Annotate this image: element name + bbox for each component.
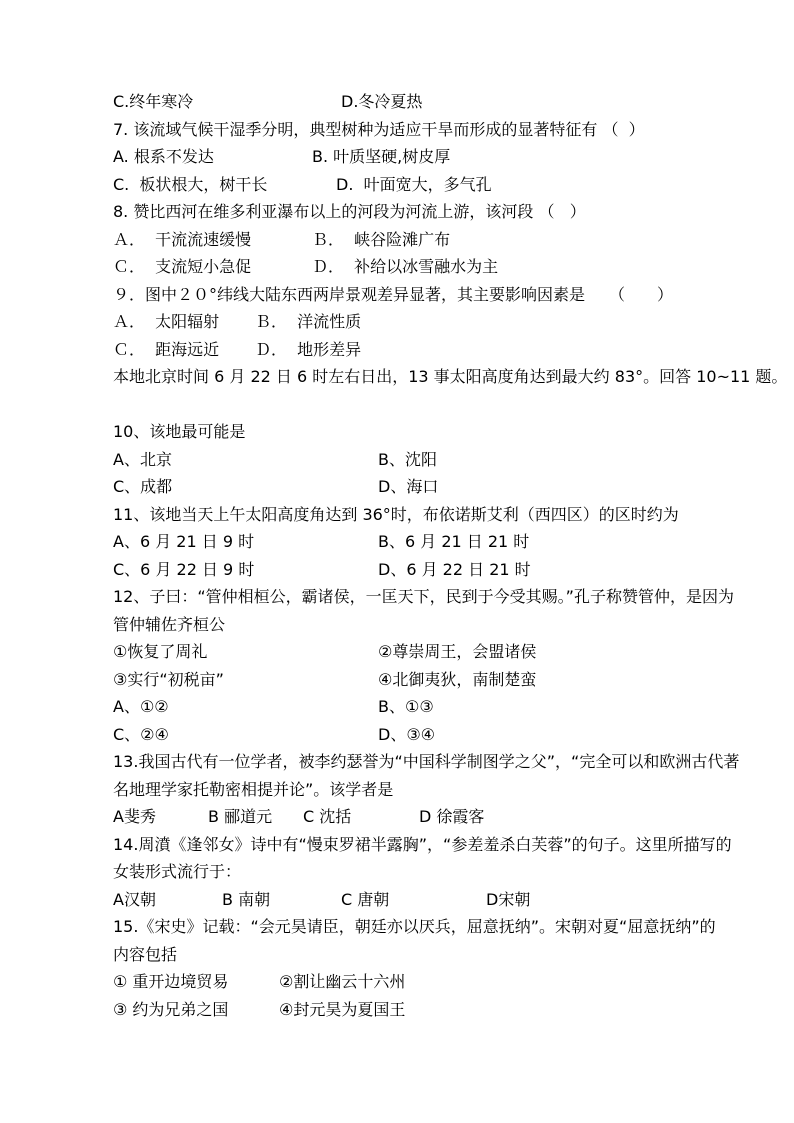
q8-option-b: Ｂ． 峡谷险滩广布 [312, 226, 450, 254]
q7-options-ab-row: A. 根系不发达 B. 叶质坚硬,树皮厚 [113, 143, 688, 171]
q8-option-d: Ｄ． 补给以冰雪融水为主 [312, 253, 498, 281]
q12-stem-line2-text: 管仲辅佐齐桓公 [113, 611, 225, 639]
q7-stem: 7. 该流域气候干湿季分明，典型树种为适应干旱而形成的显著特征有 （ ） [113, 116, 688, 144]
q14-options-row: A汉朝 B 南朝 C 唐朝 D宋朝 [113, 886, 688, 914]
q14-option-c: C 唐朝 [341, 886, 486, 914]
q13-option-c: C 沈括 [303, 803, 419, 831]
q12-stem-line1: 12、子曰：“管仲相桓公，霸诸侯，一匡天下，民到于今受其赐。”孔子称赞管仲，是因… [113, 583, 688, 611]
q9-options-cd-row: Ｃ． 距海远近 Ｄ． 地形差异 [113, 336, 688, 364]
q13-option-b: B 郦道元 [208, 803, 303, 831]
q10-option-b: B、沈阳 [378, 446, 437, 474]
intro-paragraph-text: 本地北京时间 6 月 22 日 6 时左右日出，13 事太阳高度角达到最大约 8… [113, 363, 787, 391]
q10-option-d: D、海口 [378, 473, 438, 501]
q7-option-a: A. 根系不发达 [113, 143, 312, 171]
q12-options-ab-row: A、①② B、①③ [113, 693, 688, 721]
blank-line [113, 391, 688, 419]
q12-item-3: ③实行“初税亩” [113, 666, 378, 694]
q7-options-cd-row: C. 板状根大，树干长 D. 叶面宽大，多气孔 [113, 171, 688, 199]
q7-option-b: B. 叶质坚硬,树皮厚 [312, 143, 450, 171]
q13-stem-line1: 13.我国古代有一位学者，被李约瑟誉为“中国科学制图学之父”，“完全可以和欧洲古… [113, 748, 688, 776]
q8-option-a: Ａ． 干流流速缓慢 [113, 226, 312, 254]
q13-stem-line2-text: 名地理学家托勒密相提并论”。该学者是 [113, 776, 393, 804]
q8-stem: 8. 赞比西河在维多利亚瀑布以上的河段为河流上游，该河段 （ ） [113, 198, 688, 226]
q15-items-12-row: ① 重开边境贸易 ②割让幽云十六州 [113, 968, 688, 996]
q12-option-a: A、①② [113, 693, 378, 721]
q9-option-b: Ｂ． 洋流性质 [255, 308, 361, 336]
q12-item-1: ①恢复了周礼 [113, 638, 378, 666]
q12-items-34-row: ③实行“初税亩” ④北御夷狄，南制楚蛮 [113, 666, 688, 694]
q13-option-d: D 徐霞客 [419, 803, 484, 831]
exam-content: C.终年寒冷 D.冬冷夏热 7. 该流域气候干湿季分明，典型树种为适应干旱而形成… [113, 88, 688, 1023]
q14-stem-line1: 14.周濆《逢邻女》诗中有“慢束罗裙半露胸”，“参差羞杀白芙蓉”的句子。这里所描… [113, 831, 688, 859]
q12-item-2: ②尊崇周王，会盟诸侯 [378, 638, 536, 666]
q6-option-d: D.冬冷夏热 [341, 88, 422, 116]
q7-stem-text: 7. 该流域气候干湿季分明，典型树种为适应干旱而形成的显著特征有 （ ） [113, 116, 645, 144]
q9-stem: ９．图中２０°纬线大陆东西两岸景观差异显著，其主要影响因素是 （ ） [113, 281, 688, 309]
q10-option-a: A、北京 [113, 446, 378, 474]
q11-stem-text: 11、该地当天上午太阳高度角达到 36°时，布依诺斯艾利（西四区）的区时约为 [113, 501, 679, 529]
q9-option-c: Ｃ． 距海远近 [113, 336, 255, 364]
intro-paragraph-10-11: 本地北京时间 6 月 22 日 6 时左右日出，13 事太阳高度角达到最大约 8… [113, 363, 688, 391]
q13-stem-line1-text: 13.我国古代有一位学者，被李约瑟誉为“中国科学制图学之父”，“完全可以和欧洲古… [113, 748, 739, 776]
q15-stem-line2: 内容包括 [113, 941, 688, 969]
q14-option-b: B 南朝 [222, 886, 341, 914]
q9-options-ab-row: Ａ． 太阳辐射 Ｂ． 洋流性质 [113, 308, 688, 336]
q11-option-b: B、6 月 21 日 21 时 [378, 528, 529, 556]
q12-stem-line2: 管仲辅佐齐桓公 [113, 611, 688, 639]
q12-options-cd-row: C、②④ D、③④ [113, 721, 688, 749]
q12-option-c: C、②④ [113, 721, 378, 749]
q10-stem: 10、该地最可能是 [113, 418, 688, 446]
q15-stem-line1-text: 15.《宋史》记载：“会元昊请臣，朝廷亦以厌兵，屈意抚纳”。宋朝对夏“屈意抚纳”… [113, 913, 716, 941]
q11-option-c: C、6 月 22 日 9 时 [113, 556, 378, 584]
q9-option-a: Ａ． 太阳辐射 [113, 308, 255, 336]
q14-option-a: A汉朝 [113, 886, 222, 914]
q15-stem-line2-text: 内容包括 [113, 941, 177, 969]
q12-items-12-row: ①恢复了周礼 ②尊崇周王，会盟诸侯 [113, 638, 688, 666]
q8-option-c: Ｃ． 支流短小急促 [113, 253, 312, 281]
q9-option-d: Ｄ． 地形差异 [255, 336, 361, 364]
q15-items-34-row: ③ 约为兄弟之国 ④封元昊为夏国王 [113, 996, 688, 1024]
q6-option-c: C.终年寒冷 [113, 88, 341, 116]
q8-options-ab-row: Ａ． 干流流速缓慢 Ｂ． 峡谷险滩广布 [113, 226, 688, 254]
q11-options-ab-row: A、6 月 21 日 9 时 B、6 月 21 日 21 时 [113, 528, 688, 556]
exam-page: C.终年寒冷 D.冬冷夏热 7. 该流域气候干湿季分明，典型树种为适应干旱而形成… [0, 0, 794, 1123]
q15-item-2: ②割让幽云十六州 [279, 968, 405, 996]
q14-option-d: D宋朝 [486, 886, 530, 914]
q12-item-4: ④北御夷狄，南制楚蛮 [378, 666, 536, 694]
q10-stem-text: 10、该地最可能是 [113, 418, 245, 446]
q8-options-cd-row: Ｃ． 支流短小急促 Ｄ． 补给以冰雪融水为主 [113, 253, 688, 281]
q7-option-c: C. 板状根大，树干长 [113, 171, 336, 199]
q14-stem-line1-text: 14.周濆《逢邻女》诗中有“慢束罗裙半露胸”，“参差羞杀白芙蓉”的句子。这里所描… [113, 831, 732, 859]
q12-option-b: B、①③ [378, 693, 434, 721]
q12-option-d: D、③④ [378, 721, 435, 749]
q12-stem-line1-text: 12、子曰：“管仲相桓公，霸诸侯，一匡天下，民到于今受其赐。”孔子称赞管仲，是因… [113, 583, 734, 611]
q10-options-cd-row: C、成都 D、海口 [113, 473, 688, 501]
q13-option-a: A斐秀 [113, 803, 208, 831]
q14-stem-line2-text: 女装形式流行于： [113, 858, 241, 886]
q13-options-row: A斐秀 B 郦道元 C 沈括 D 徐霞客 [113, 803, 688, 831]
q11-option-a: A、6 月 21 日 9 时 [113, 528, 378, 556]
q15-item-1: ① 重开边境贸易 [113, 968, 279, 996]
q15-stem-line1: 15.《宋史》记载：“会元昊请臣，朝廷亦以厌兵，屈意抚纳”。宋朝对夏“屈意抚纳”… [113, 913, 688, 941]
q14-stem-line2: 女装形式流行于： [113, 858, 688, 886]
q6-options-cd-row: C.终年寒冷 D.冬冷夏热 [113, 88, 688, 116]
q11-stem: 11、该地当天上午太阳高度角达到 36°时，布依诺斯艾利（西四区）的区时约为 [113, 501, 688, 529]
q15-item-3: ③ 约为兄弟之国 [113, 996, 279, 1024]
q13-stem-line2: 名地理学家托勒密相提并论”。该学者是 [113, 776, 688, 804]
q8-stem-text: 8. 赞比西河在维多利亚瀑布以上的河段为河流上游，该河段 （ ） [113, 198, 586, 226]
q10-option-c: C、成都 [113, 473, 378, 501]
q11-option-d: D、6 月 22 日 21 时 [378, 556, 531, 584]
q10-options-ab-row: A、北京 B、沈阳 [113, 446, 688, 474]
q15-item-4: ④封元昊为夏国王 [279, 996, 405, 1024]
q11-options-cd-row: C、6 月 22 日 9 时 D、6 月 22 日 21 时 [113, 556, 688, 584]
q9-stem-text: ９．图中２０°纬线大陆东西两岸景观差异显著，其主要影响因素是 （ ） [113, 281, 673, 309]
q7-option-d: D. 叶面宽大，多气孔 [336, 171, 492, 199]
